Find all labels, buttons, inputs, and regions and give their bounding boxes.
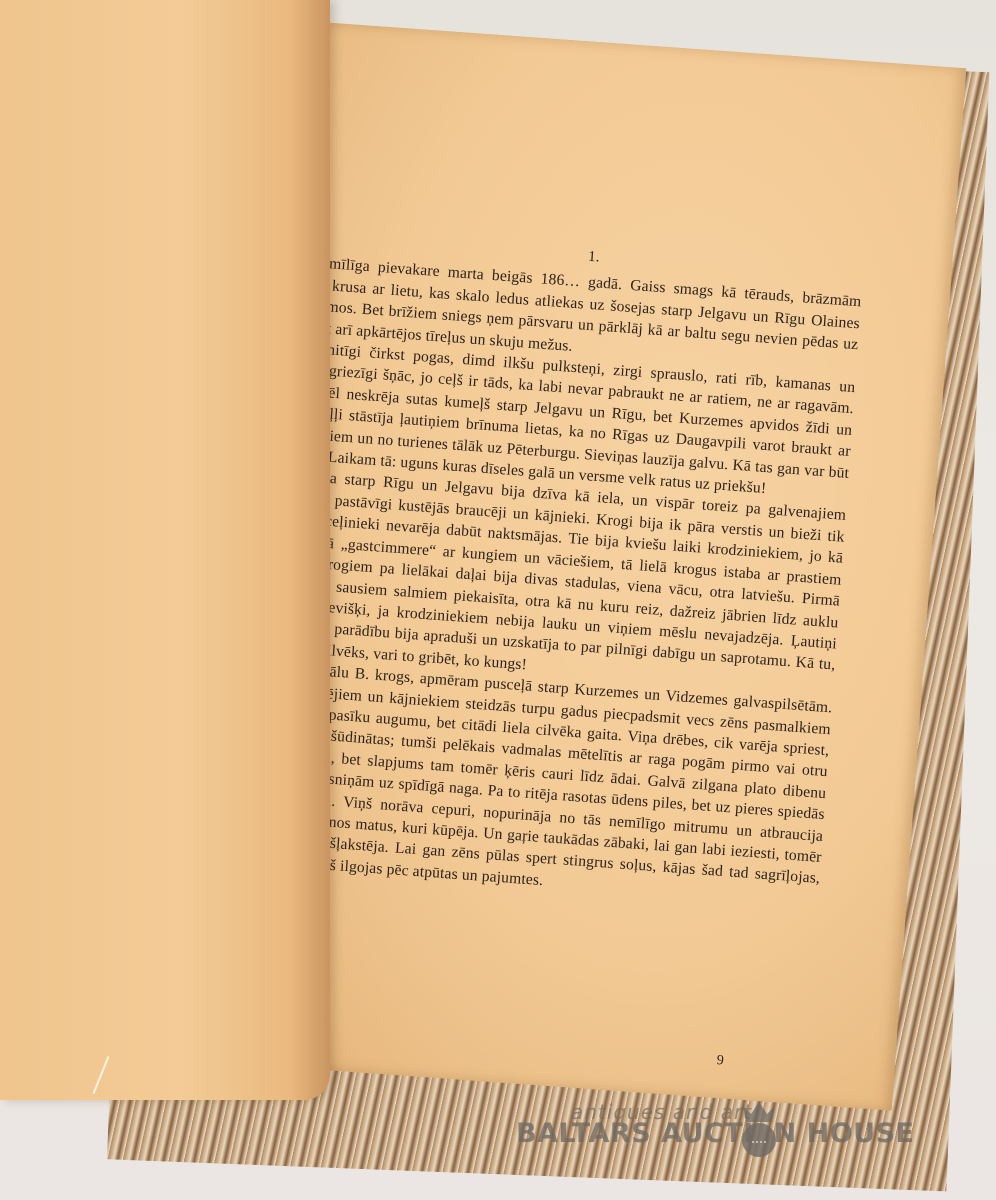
page-tear	[93, 1056, 110, 1094]
page-number: 9	[716, 1053, 724, 1069]
left-page	[0, 0, 330, 1100]
page-text-block: 1. Nemīlīga pievakare marta beigās 186… …	[239, 225, 864, 911]
right-page: 1. Nemīlīga pievakare marta beigās 186… …	[245, 22, 966, 1111]
